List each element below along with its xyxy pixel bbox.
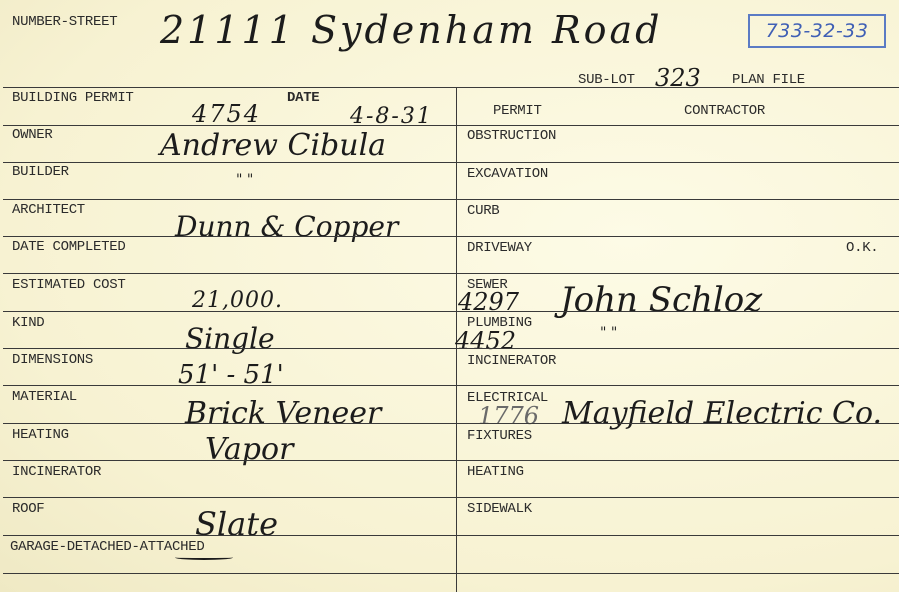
row-rule — [3, 385, 456, 386]
building-permit-card: NUMBER-STREET 21111 Sydenham Road 733-32… — [0, 0, 899, 592]
row-rule — [3, 311, 456, 312]
driveway-label: DRIVEWAY — [467, 240, 532, 256]
row-rule — [457, 535, 899, 536]
parcel-number-stamp: 733-32-33 — [748, 14, 886, 48]
owner-value: Andrew Cibula — [160, 128, 386, 163]
row-rule — [457, 311, 899, 312]
row-rule — [3, 573, 456, 574]
address-value: 21111 Sydenham Road — [160, 8, 662, 52]
sewer-contractor: John Schloz — [560, 280, 762, 320]
row-rule — [457, 125, 899, 126]
garage-label: GARAGE-DETACHED-ATTACHED — [10, 539, 204, 555]
row-rule — [457, 162, 899, 163]
dimensions-label: DIMENSIONS — [12, 352, 93, 368]
fixtures-label: FIXTURES — [467, 428, 532, 444]
row-rule — [457, 199, 899, 200]
row-rule — [3, 125, 456, 126]
row-rule — [457, 460, 899, 461]
heating-label: HEATING — [12, 427, 69, 443]
architect-label: ARCHITECT — [12, 202, 85, 218]
roof-value: Slate — [195, 505, 278, 543]
row-rule — [3, 535, 456, 536]
owner-label: OWNER — [12, 127, 53, 143]
builder-label: BUILDER — [12, 164, 69, 180]
estimated-cost-value: 21,000. — [192, 288, 283, 313]
plan-file-label: PLAN FILE — [732, 72, 805, 88]
divider — [3, 87, 899, 88]
row-rule — [457, 385, 899, 386]
row-rule — [3, 162, 456, 163]
row-rule — [3, 199, 456, 200]
date-completed-label: DATE COMPLETED — [12, 239, 125, 255]
incinerator-label: INCINERATOR — [12, 464, 101, 480]
row-rule — [457, 273, 899, 274]
row-rule — [3, 236, 456, 237]
permit-column-header: PERMIT — [493, 103, 542, 119]
kind-value: Single — [185, 322, 275, 355]
roof-label: ROOF — [12, 501, 44, 517]
heating-permit-label: HEATING — [467, 464, 524, 480]
kind-label: KIND — [12, 315, 44, 331]
electrical-permit: 1776 — [478, 402, 539, 430]
contractor-column-header: CONTRACTOR — [684, 103, 765, 119]
building-permit-value: 4754 — [192, 100, 261, 128]
row-rule — [3, 348, 456, 349]
plumbing-contractor: " " — [600, 325, 617, 341]
estimated-cost-label: ESTIMATED COST — [12, 277, 125, 293]
curb-label: CURB — [467, 203, 499, 219]
excavation-label: EXCAVATION — [467, 166, 548, 182]
row-rule — [3, 273, 456, 274]
heating-value: Vapor — [205, 432, 293, 467]
architect-value: Dunn & Copper — [175, 210, 398, 243]
row-rule — [457, 348, 899, 349]
row-rule — [457, 497, 899, 498]
row-rule — [3, 423, 456, 424]
number-street-label: NUMBER-STREET — [12, 14, 117, 30]
incinerator-permit-label: INCINERATOR — [467, 353, 556, 369]
sub-lot-label: SUB-LOT — [578, 72, 635, 88]
plumbing-permit: 4452 — [455, 327, 516, 355]
row-rule — [457, 236, 899, 237]
row-rule — [457, 423, 899, 424]
material-label: MATERIAL — [12, 389, 77, 405]
building-permit-label: BUILDING PERMIT — [12, 90, 134, 106]
electrical-contractor: Mayfield Electric Co. — [562, 396, 882, 431]
attached-underline-mark — [175, 555, 233, 560]
row-rule — [457, 573, 899, 574]
obstruction-label: OBSTRUCTION — [467, 128, 556, 144]
builder-value: " " — [236, 172, 253, 188]
row-rule — [3, 460, 456, 461]
sidewalk-label: SIDEWALK — [467, 501, 532, 517]
material-value: Brick Veneer — [185, 396, 381, 431]
driveway-note: O.K. — [846, 240, 878, 256]
date-label: DATE — [287, 90, 319, 106]
row-rule — [3, 497, 456, 498]
